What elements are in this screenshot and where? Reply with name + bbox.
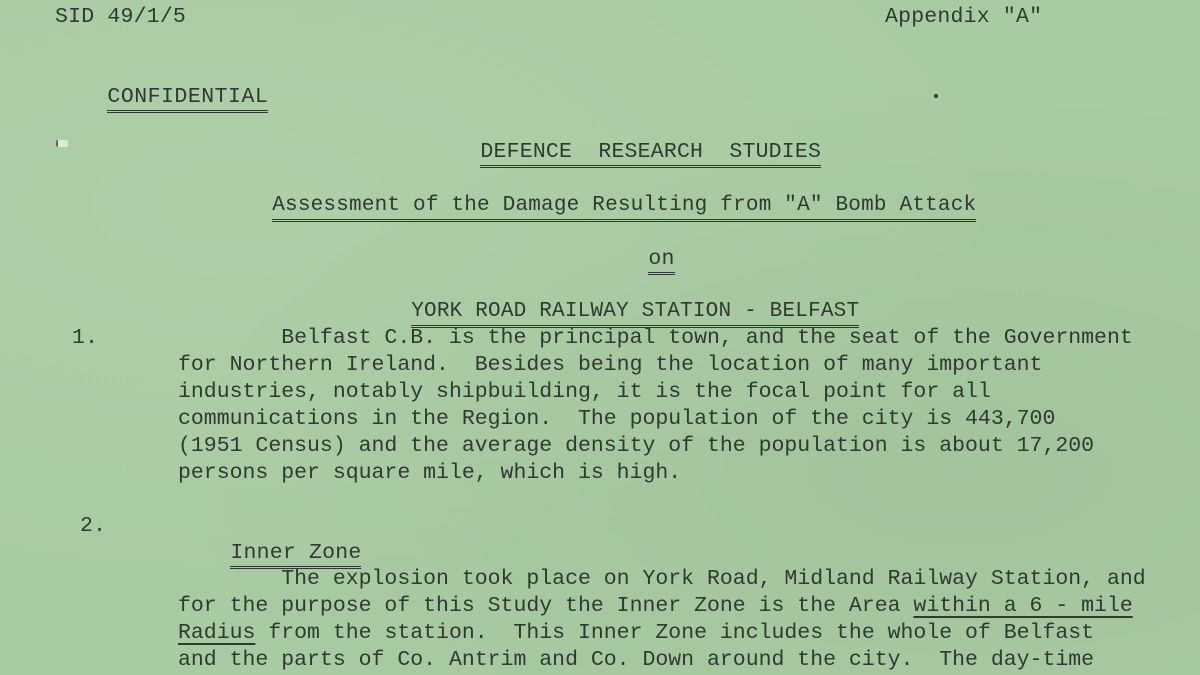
- section-2-body: The explosion took place on York Road, M…: [178, 566, 1200, 674]
- section-1-line: (1951 Census) and the average density of…: [178, 433, 1200, 460]
- section-1-number: 1.: [72, 325, 98, 352]
- section-1-line: persons per square mile, which is high.: [178, 460, 1200, 487]
- appendix-label: Appendix "A": [885, 4, 1042, 31]
- section-2-text: for the purpose of this Study the Inner …: [178, 594, 913, 618]
- section-1-line: Belfast C.B. is the principal town, and …: [178, 325, 1200, 352]
- title-line-1: DEFENCE RESEARCH STUDIES: [480, 140, 821, 168]
- title-line-4: YORK ROAD RAILWAY STATION - BELFAST: [411, 300, 859, 328]
- punch-mark: [56, 140, 68, 147]
- section-2-line: and the parts of Co. Antrim and Co. Down…: [178, 647, 1200, 674]
- section-1-line: industries, notably shipbuilding, it is …: [178, 379, 1200, 406]
- underlined-radius-phrase: within a 6 - mile: [913, 594, 1132, 618]
- classification-text: CONFIDENTIAL: [107, 85, 268, 113]
- document-reference: SID 49/1/5: [55, 4, 186, 31]
- section-2-line: Radius from the station. This Inner Zone…: [178, 620, 1200, 647]
- section-2-text: from the station. This Inner Zone includ…: [255, 621, 1094, 645]
- section-2-line: The explosion took place on York Road, M…: [178, 566, 1200, 593]
- ink-speck: [934, 94, 938, 98]
- section-2-number: 2.: [80, 513, 106, 540]
- section-1-line: for Northern Ireland. Besides being the …: [178, 352, 1200, 379]
- underlined-radius-word: Radius: [178, 621, 255, 645]
- section-2-heading-text: Inner Zone: [230, 541, 361, 569]
- section-1-body: Belfast C.B. is the principal town, and …: [178, 325, 1200, 487]
- section-2-line: for the purpose of this Study the Inner …: [178, 593, 1200, 620]
- title-line-2: Assessment of the Damage Resulting from …: [272, 194, 976, 222]
- document-page: SID 49/1/5 Appendix "A" CONFIDENTIAL DEF…: [0, 0, 1200, 675]
- classification-label: CONFIDENTIAL: [55, 57, 268, 140]
- section-1-line: communications in the Region. The popula…: [178, 406, 1200, 433]
